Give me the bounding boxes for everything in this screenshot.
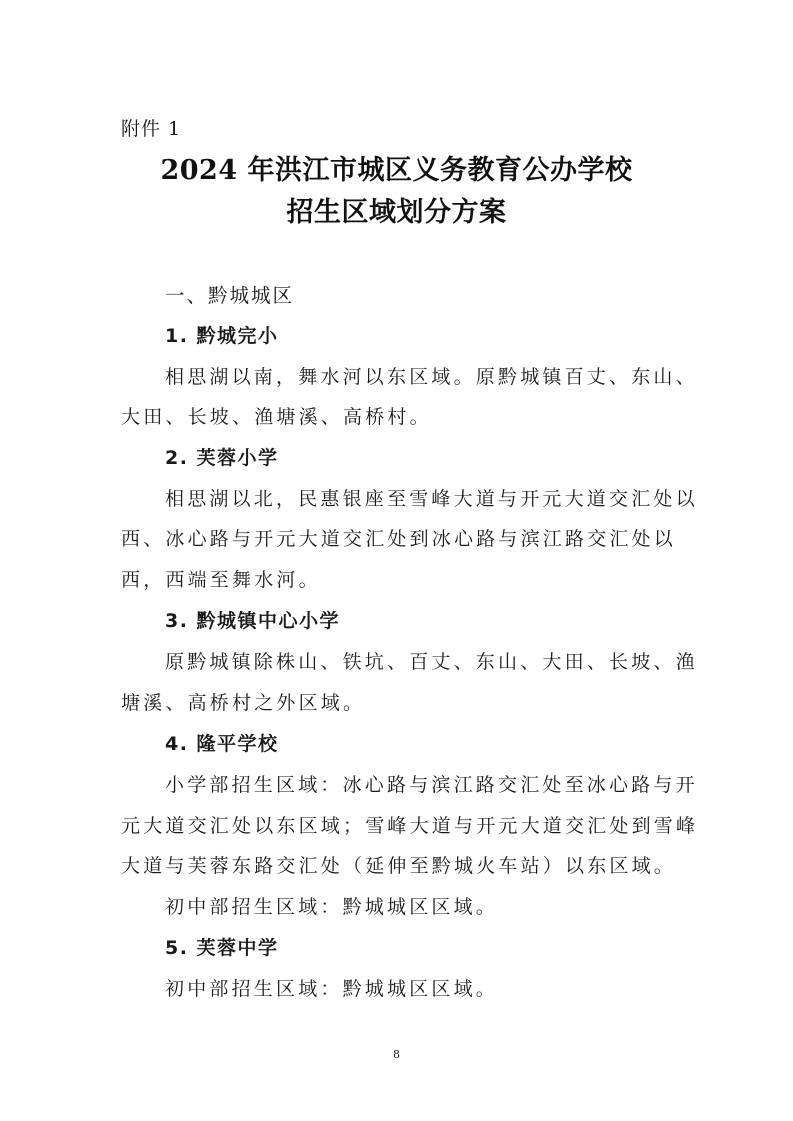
paragraph-line: 小学部招生区域：冰心路与滨江路交汇处至冰心路与开	[165, 770, 725, 797]
school-heading: 1. 黔城完小	[165, 321, 725, 348]
paragraph-line: 原黔城镇除株山、铁坑、百丈、东山、大田、长坡、渔	[165, 647, 725, 674]
page-number: 8	[0, 1048, 793, 1061]
school-heading: 2. 芙蓉小学	[165, 443, 725, 470]
paragraph-line: 大田、长坡、渔塘溪、高桥村。	[121, 402, 681, 429]
paragraph-line: 西，西端至舞水河。	[121, 565, 681, 592]
paragraph-line: 初中部招生区域：黔城城区区域。	[165, 892, 725, 919]
document-title-line1: 2024 年洪江市城区义务教育公办学校	[0, 148, 793, 187]
section-heading: 一、黔城城区	[165, 280, 725, 308]
school-heading: 4. 隆平学校	[165, 729, 725, 756]
paragraph-line: 元大道交汇处以东区域；雪峰大道与开元大道交汇处到雪峰	[121, 811, 681, 838]
attachment-label: 附件 1	[121, 114, 181, 141]
document-page: 附件 1 2024 年洪江市城区义务教育公办学校 招生区域划分方案 一、黔城城区…	[0, 0, 793, 1121]
school-heading: 5. 芙蓉中学	[165, 933, 725, 960]
paragraph-line: 相思湖以北，民惠银座至雪峰大道与开元大道交汇处以	[165, 484, 725, 511]
school-heading: 3. 黔城镇中心小学	[165, 606, 725, 633]
document-title-line2: 招生区域划分方案	[0, 190, 793, 229]
paragraph-line: 初中部招生区域：黔城城区区域。	[165, 974, 725, 1001]
paragraph-line: 大道与芙蓉东路交汇处（延伸至黔城火车站）以东区域。	[121, 851, 681, 878]
paragraph-line: 相思湖以南，舞水河以东区域。原黔城镇百丈、东山、	[165, 362, 725, 389]
paragraph-line: 塘溪、高桥村之外区域。	[121, 688, 681, 715]
paragraph-line: 西、冰心路与开元大道交汇处到冰心路与滨江路交汇处以	[121, 524, 681, 551]
